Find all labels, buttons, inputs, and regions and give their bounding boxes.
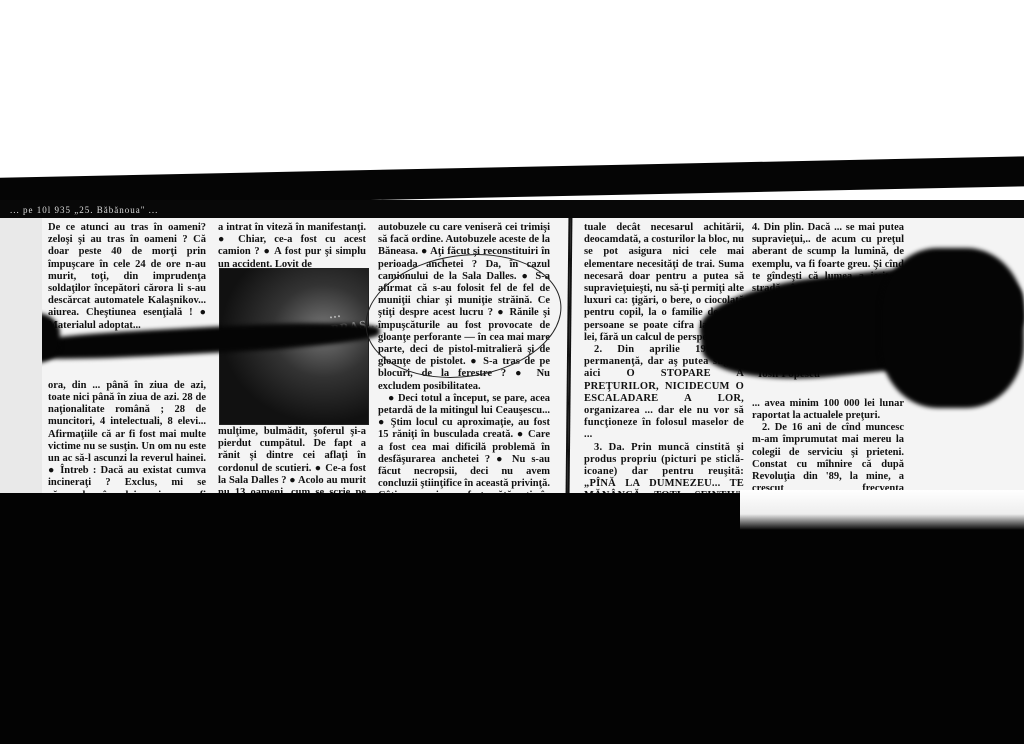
scan-top-margin bbox=[0, 0, 1024, 175]
column-5-item-2: 2. De 16 ani de cînd muncesc m-am împrum… bbox=[752, 422, 904, 493]
scan-bottom-right-light-patch bbox=[740, 490, 1024, 530]
column-4-item-3: 3. Da. Prin muncă cinstită şi produs pro… bbox=[584, 442, 744, 493]
page-header-strip: ... pe 10l 935 „25. Băbănoua" ... bbox=[10, 205, 390, 217]
column-3: autobuzele cu care veniseră cei trimişi … bbox=[378, 222, 550, 493]
column-divider-rule bbox=[566, 218, 573, 493]
column-1-top-text: De ce atunci au tras în oameni? zeloşi ş… bbox=[48, 222, 206, 332]
scan-left-margin bbox=[0, 218, 42, 493]
scan-bottom-shadow bbox=[0, 493, 1024, 744]
column-3-top-text: autobuzele cu care veniseră cei trimişi … bbox=[378, 222, 550, 393]
column-1-bottom-text: ora, din ... până în ziua de azi, toate … bbox=[48, 380, 206, 493]
column-5-bottom-text: ... avea minim 100 000 lei lunar raporta… bbox=[752, 398, 904, 422]
column-2-bottom-text: mulţime, bulmădit, şoferul şi-a pierdut … bbox=[218, 426, 366, 493]
column-2: a intrat în viteză în manifestanţi. ● Ch… bbox=[218, 222, 366, 271]
column-2-lower: mulţime, bulmădit, şoferul şi-a pierdut … bbox=[218, 426, 366, 493]
newspaper-clipping: De ce atunci au tras în oameni? zeloşi ş… bbox=[0, 218, 1024, 493]
scan-smudge-right-edge bbox=[880, 248, 1024, 408]
column-3-bottom-text: ● Deci totul a început, se pare, acea pe… bbox=[378, 393, 550, 493]
column-2-top-text: a intrat în viteză în manifestanţi. ● Ch… bbox=[218, 222, 366, 271]
